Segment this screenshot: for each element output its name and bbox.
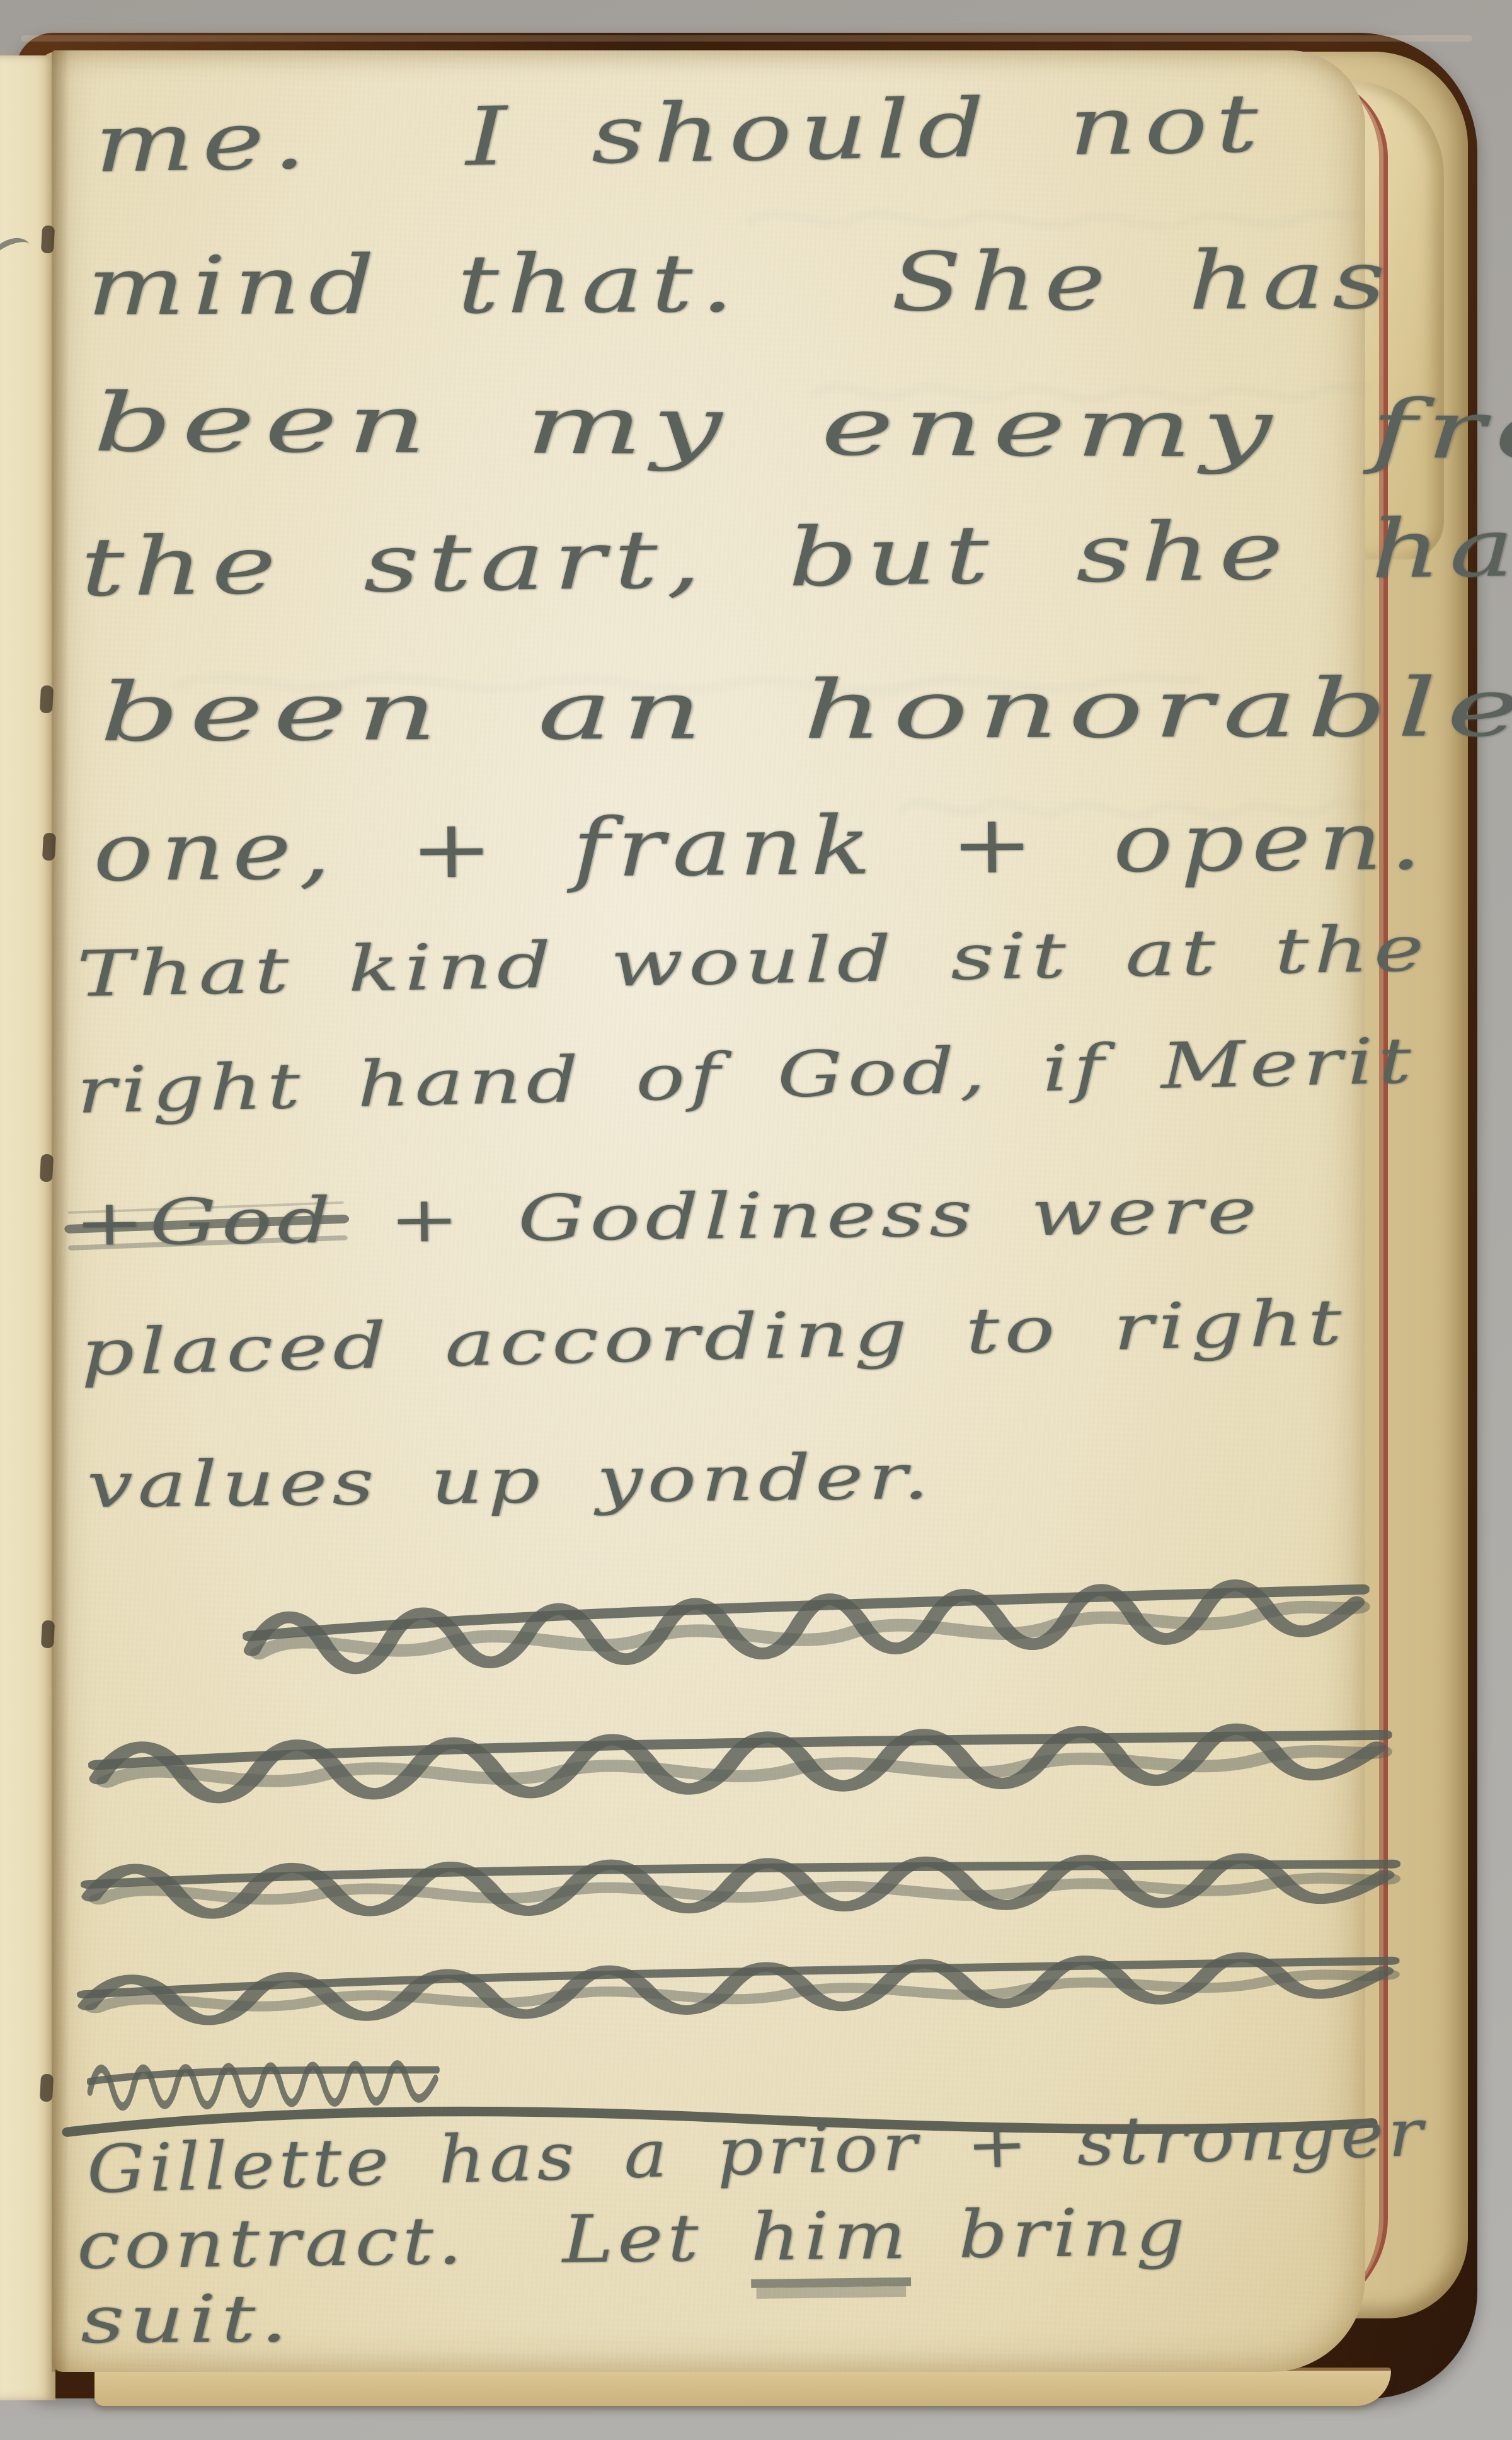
stitch-hole — [41, 1620, 55, 1649]
stitch-hole — [42, 833, 56, 861]
stitch-hole — [41, 226, 55, 254]
handwritten-line: That kind would sit at the — [76, 917, 1429, 1006]
handwritten-line: the start, but she has — [80, 507, 1512, 609]
stray-pencil-stroke — [0, 232, 35, 273]
struck-illegible-line — [76, 1920, 1400, 2036]
struck-illegible-line — [241, 1539, 1372, 1688]
stitch-hole — [40, 685, 54, 714]
stitch-hole — [40, 2074, 54, 2102]
handwritten-line: right hand of God, if Merit — [76, 1029, 1417, 1123]
handwritten-line: one, + frank + open. — [93, 801, 1429, 893]
handwritten-line: mind that. She has — [87, 240, 1394, 328]
stitch-hole — [40, 1154, 54, 1183]
underlined-word: him — [750, 2197, 911, 2288]
handwritten-line: me. I should not — [94, 84, 1267, 185]
photograph-of-notebook: { "colors":{ "background":"#a9a7a2", "le… — [0, 0, 1512, 2440]
handwritten-line: +God + Godliness were — [74, 1179, 1262, 1255]
bottom-page-fore-edge — [94, 2368, 1391, 2406]
line-text: bring — [910, 2193, 1189, 2273]
notebook-page: me. I should not mind that. She has been… — [52, 50, 1365, 2372]
binding-crease — [52, 50, 69, 2372]
handwritten-line: been an honorable — [100, 668, 1512, 753]
handwritten-line: values up yonder. — [86, 1445, 934, 1517]
line-text: contract. Let — [76, 2199, 751, 2284]
handwritten-line: suit. — [81, 2286, 293, 2352]
facing-page-sliver — [0, 55, 55, 2400]
struck-out-word: +God — [74, 1189, 336, 1255]
struck-illegible-line — [88, 1686, 1394, 1816]
line-text: + Godliness were — [335, 1174, 1262, 1257]
handwritten-line: placed according to right — [80, 1291, 1347, 1385]
struck-illegible-line — [80, 1821, 1400, 1929]
handwritten-line: been my enemy from — [93, 383, 1512, 472]
handwritten-line: contract. Let him bring — [76, 2199, 1189, 2278]
